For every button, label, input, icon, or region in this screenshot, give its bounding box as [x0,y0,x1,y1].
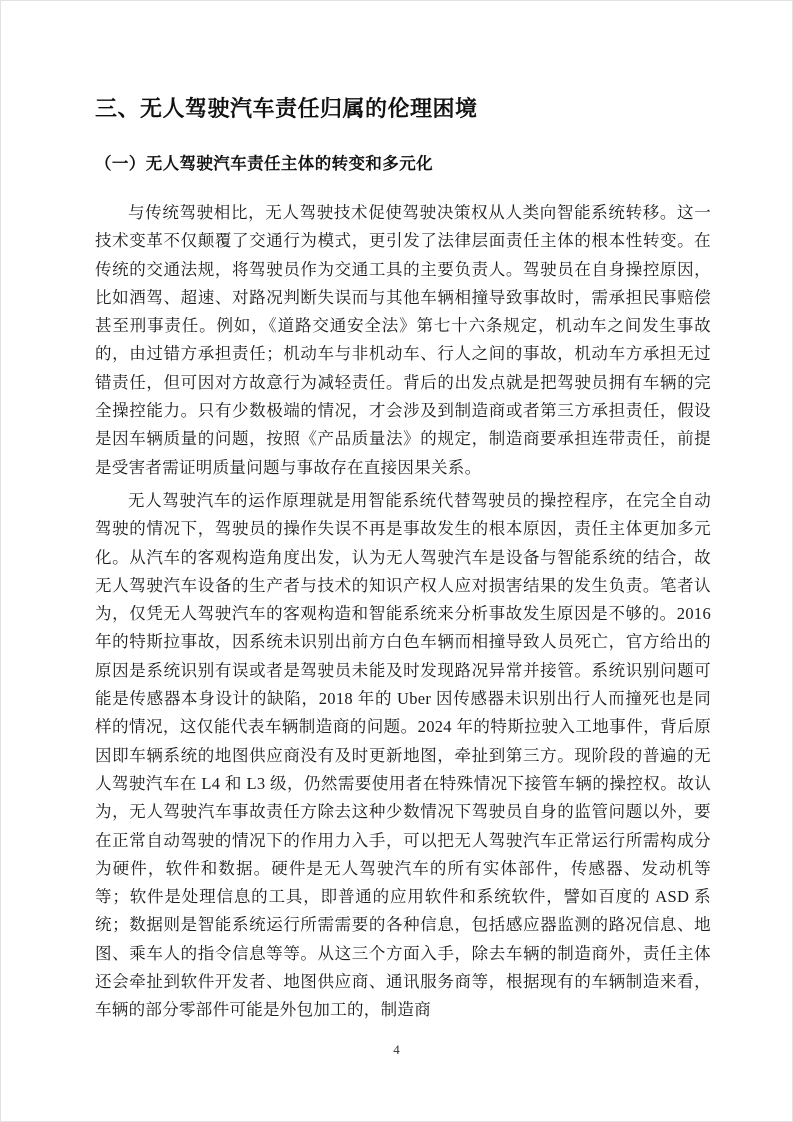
body-paragraph-1: 与传统驾驶相比，无人驾驶技术促使驾驶决策权从人类向智能系统转移。这一技术变革不仅… [95,199,711,482]
document-content: 三、无人驾驶汽车责任归属的伦理困境 （一）无人驾驶汽车责任主体的转变和多元化 与… [95,94,711,1030]
page-number: 4 [0,1042,793,1058]
body-paragraph-2: 无人驾驶汽车的运作原理就是用智能系统代替驾驶员的操控程序，在完全自动驾驶的情况下… [95,487,711,1025]
section-heading: 三、无人驾驶汽车责任归属的伦理困境 [95,94,711,124]
document-page: 三、无人驾驶汽车责任归属的伦理困境 （一）无人驾驶汽车责任主体的转变和多元化 与… [0,0,793,1122]
subsection-heading: （一）无人驾驶汽车责任主体的转变和多元化 [95,151,711,177]
